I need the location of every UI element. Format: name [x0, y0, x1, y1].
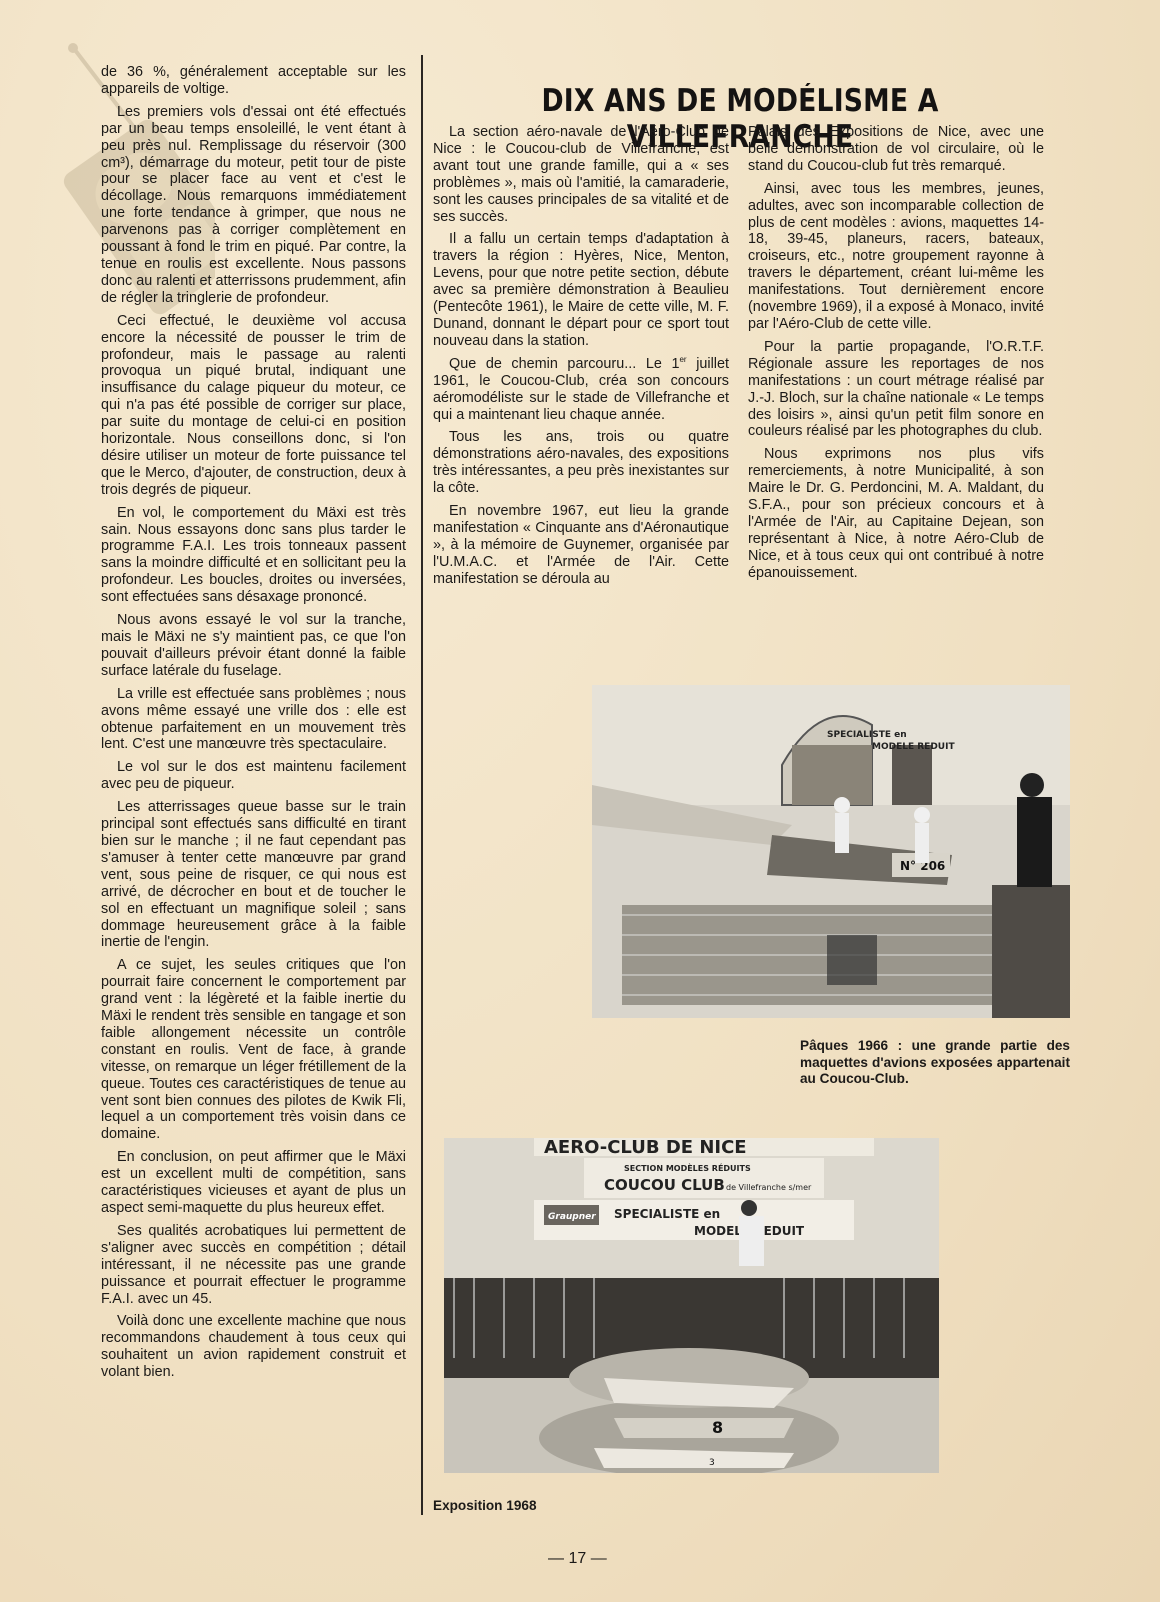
sign-text: AERO-CLUB DE NICE [544, 1138, 747, 1158]
sign-text: SPECIALISTE en [827, 730, 907, 740]
photo-paques-1966: SPECIALISTE en MODELE REDUIT N° 206 [592, 685, 1070, 1018]
paragraph: Nous exprimons nos plus vifs remerciemen… [748, 446, 1044, 581]
paragraph: Nous avons essayé le vol sur la tranche,… [101, 612, 406, 680]
paragraph: La section aéro-navale de l'Aéro-Club de… [433, 124, 729, 225]
paragraph: La vrille est effectuée sans problèmes ;… [101, 686, 406, 754]
paragraph: Ainsi, avec tous les membres, jeunes, ad… [748, 181, 1044, 333]
paragraph: Ceci effectué, le deuxième vol accusa en… [101, 313, 406, 499]
sign-text: SPECIALISTE en [614, 1207, 720, 1221]
column-divider [421, 55, 423, 1515]
left-column-text: de 36 %, généralement acceptable sur les… [101, 64, 406, 1387]
paragraph: Tous les ans, trois ou quatre démonstrat… [433, 429, 729, 497]
paragraph: A ce sujet, les seules critiques que l'o… [101, 957, 406, 1143]
article-middle-column: La section aéro-navale de l'Aéro-Club de… [433, 124, 729, 594]
sign-text: de Villefranche s/mer [726, 1183, 812, 1192]
paragraph: Palais des Expositions de Nice, avec une… [748, 124, 1044, 175]
paragraph: Les premiers vols d'essai ont été effect… [101, 104, 406, 307]
paragraph: En novembre 1967, eut lieu la grande man… [433, 503, 729, 588]
article-right-column: Palais des Expositions de Nice, avec une… [748, 124, 1044, 588]
photo-exposition-1968: AERO-CLUB DE NICE SECTION MODÈLES RÉDUIT… [444, 1138, 939, 1473]
paragraph: Ses qualités acrobatiques lui permettent… [101, 1223, 406, 1308]
photo-caption-exposition-1968: Exposition 1968 [433, 1498, 537, 1513]
ordinal-superscript: er [679, 355, 686, 364]
paragraph: Il a fallu un certain temps d'adaptation… [433, 231, 729, 349]
page-number: — 17 — [548, 1550, 607, 1568]
boat-number: 3 [709, 1458, 715, 1468]
photo-caption-paques-1966: Pâques 1966 : une grande partie des maqu… [800, 1038, 1070, 1088]
paragraph: de 36 %, généralement acceptable sur les… [101, 64, 406, 98]
paragraph: En vol, le comportement du Mäxi est très… [101, 505, 406, 606]
paragraph: Que de chemin parcouru... Le 1er juillet… [433, 356, 729, 424]
sign-text: Graupner [548, 1212, 596, 1222]
paragraph: Le vol sur le dos est maintenu facilemen… [101, 759, 406, 793]
paragraph: Voilà donc une excellente machine que no… [101, 1313, 406, 1381]
sign-text: COUCOU CLUB [604, 1176, 725, 1194]
sign-text: SECTION MODÈLES RÉDUITS [624, 1162, 751, 1173]
paragraph: Les atterrissages queue basse sur le tra… [101, 799, 406, 951]
paragraph-text: Que de chemin parcouru... Le 1 [449, 356, 679, 372]
sign-text: MODELE REDUIT [872, 742, 955, 752]
paragraph: En conclusion, on peut affirmer que le M… [101, 1149, 406, 1217]
paragraph: Pour la partie propagande, l'O.R.T.F. Ré… [748, 339, 1044, 440]
boat-number: 8 [712, 1418, 723, 1437]
